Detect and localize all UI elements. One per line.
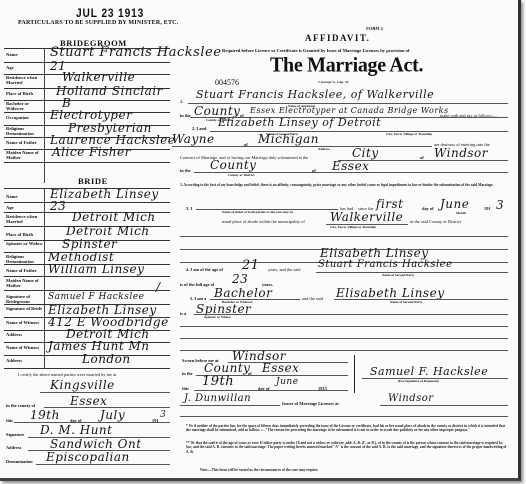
witness-2-value: James Hunt Mn [48,339,150,353]
field-label: Name of Witness [6,345,44,350]
witness-2-address: London [82,352,131,366]
footnote-1: * Or if neither of the parties has, for … [186,424,508,433]
field-label: Name of Father [6,140,44,145]
field-label: Name [6,194,44,199]
certify-text: I certify the above named parties were m… [18,372,116,377]
named-party: Stuart Francis Hackslee [318,259,453,270]
groom-name-value: Stuart Francis Hackslee [50,45,221,60]
left-column-divider-bride [44,188,45,368]
issuer-place: Windsor [388,393,434,404]
field-label: Signature of Bridegroom [6,294,44,304]
bride-age-affidavit: 23 [232,272,248,286]
received-date-stamp: JUL 23 1913 [76,6,144,20]
second-party-state: Michigan [258,132,319,146]
groom-birthplace-value: Holland Sinclair [56,84,163,98]
deponent-occupation: Essex Electrotyper at Canada Bridge Work… [250,106,449,115]
field-label: Bachelor or Widower [6,101,44,111]
field-label: Maiden Name of Mother [6,150,44,160]
serial-number: 004576 [215,78,239,87]
particulars-note: PARTICULARS TO BE SUPPLIED BY MINISTER, … [18,20,178,26]
officiant-signature: D. M. Hunt [40,423,112,437]
bride-name-value: Elizabeth Linsey [50,187,159,201]
no-impediment-clause: 3. According to the best of my knowledge… [180,183,510,187]
bride-name-line: Elisabeth Linsey [320,246,428,260]
field-label: Signature of Bride [6,306,44,311]
groom-mother-value: Alice Fisher [52,145,131,159]
issuer-signature: J. Dunwillan [184,393,251,404]
bride-heading: BRIDE [78,176,108,186]
field-label: Name of Father [6,268,44,273]
field-label: Place of Birth [6,91,44,96]
groom-signature: Samuel F Hackslee [48,292,144,302]
sworn-day: 19th [202,374,234,389]
field-label: Religious Denomination [6,254,44,264]
bride-name-status-line: Elisabeth Linsey [336,286,444,300]
solemnization-place-type: City [352,146,379,160]
act-name: The Marriage Act. [270,53,423,77]
second-party-county: Wayne [172,132,215,146]
residency-municipality: Walkerville [330,210,403,224]
sworn-month: June [276,377,299,387]
sworn-bracket [350,355,355,393]
field-label: Religious Denomination [6,126,44,136]
groom-occupation-value: Electrotyper [50,108,132,122]
field-label: Residence when Married [6,75,44,85]
marriage-county: Essex [70,394,107,408]
marriage-place: Kingsville [50,378,115,392]
field-label: Address [6,358,44,363]
bride-father-value: William Linsey [48,262,144,276]
deponent-signature: Samuel F. Hackslee [370,365,488,378]
bride-status-value: Spinster [62,237,117,251]
officiant-denomination: Episcopalian [46,450,130,464]
solemnization-county: Essex [332,159,369,173]
form-note: Note.—This form will be varied as the ci… [200,468,500,472]
bride-residence-value: Detroit Mich [72,210,156,224]
marriage-affidavit-document: JUL 23 1913 PARTICULARS TO BE SUPPLIED B… [0,0,521,481]
field-label: Spinster or Widow [6,241,44,246]
groom-residence-value: Walkerville [62,70,135,84]
field-label: Age [6,65,44,70]
field-label: Residence when Married [6,214,44,224]
field-label: Address [6,332,44,337]
bride-mother-value: / [156,280,161,294]
residency-start-day: first [376,197,404,211]
footnote-2: ** Or that the said is of the age of yea… [186,441,508,454]
sworn-county-name: Essex [262,361,299,375]
marriage-day: 19th [30,408,60,422]
act-citation: 2 George V., Cap. 32 [318,80,349,84]
bride-birthplace-value: Detroit Mich [66,224,150,238]
solemnization-place: Windsor [434,146,488,160]
requirement-line: Required before Licence or Certificate i… [222,48,409,53]
deponent-name: Stuart Francis Hackslee, of Walkerville [196,88,434,101]
groom-age-affidavit: 21 [242,258,260,273]
field-label: Occupation [6,115,44,120]
field-label: Name [6,52,44,57]
form-number: FORM 3. [366,26,384,31]
field-label: Place of Birth [6,232,44,237]
officiant-address: Sandwich Ont [50,437,142,451]
second-party-name: Elizabeth Linsey of Detroit [218,116,381,129]
field-label: Name of Witness [6,320,44,325]
residency-start-month: June [440,197,469,211]
field-label: Maiden Name of Mother [6,278,44,288]
field-label: Age [6,205,44,210]
bride-age-value: 23 [50,199,66,213]
marriage-month: July [100,408,125,422]
groom-marital-status: Bachelor [214,286,272,300]
affidavit-title: AFFIDAVIT. [305,33,370,43]
